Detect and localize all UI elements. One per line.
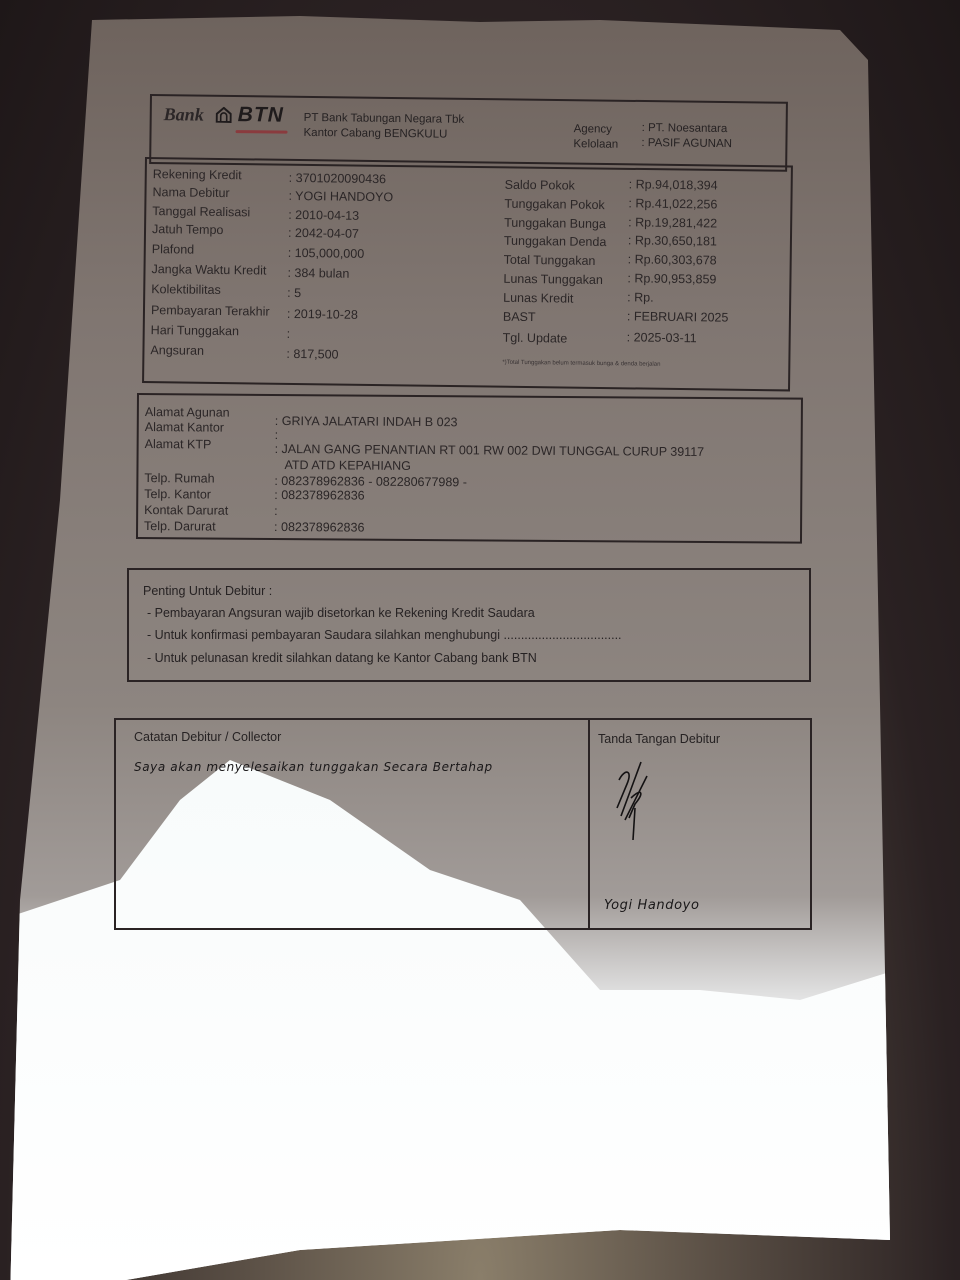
field-label: Jangka Waktu Kredit bbox=[151, 262, 266, 278]
logo-bank-text: Bank bbox=[164, 104, 204, 125]
field-label: Alamat Kantor bbox=[145, 420, 224, 435]
field-value: : bbox=[275, 428, 279, 442]
credit-info-box: Rekening Kredit: 3701020090436Nama Debit… bbox=[142, 157, 793, 391]
field-value: : Rp.19,281,422 bbox=[628, 215, 717, 230]
notice-box: Penting Untuk Debitur : - Pembayaran Ang… bbox=[127, 568, 811, 682]
field-value: : Rp.90,953,859 bbox=[627, 271, 716, 286]
field-value: : 082378962836 - 082280677989 - bbox=[274, 474, 467, 489]
field-label: Lunas Kredit bbox=[503, 291, 573, 306]
company-name: PT Bank Tabungan Negara Tbk bbox=[304, 112, 465, 126]
branch-name: Kantor Cabang BENGKULU bbox=[303, 127, 447, 141]
field-label: Tunggakan Bunga bbox=[504, 216, 606, 231]
field-value: : FEBRUARI 2025 bbox=[627, 309, 729, 324]
field-label: Telp. Darurat bbox=[144, 519, 216, 533]
agency-value: : PT. Noesantara bbox=[642, 122, 728, 135]
field-value: : GRIYA JALATARI INDAH B 023 bbox=[275, 414, 458, 429]
field-value: : 817,500 bbox=[286, 347, 338, 362]
field-label: Nama Debitur bbox=[152, 185, 229, 200]
document: Bank BTN PT Bank Tabungan Negara Tbk Kan… bbox=[0, 0, 960, 1280]
logo-underline bbox=[236, 130, 288, 134]
column-divider bbox=[588, 720, 590, 928]
field-value: : bbox=[287, 327, 291, 341]
field-value: : Rp.41,022,256 bbox=[628, 196, 717, 211]
field-label: Telp. Rumah bbox=[144, 471, 214, 485]
kelolaan-label: Kelolaan bbox=[573, 138, 618, 151]
agency-label: Agency bbox=[574, 123, 613, 135]
field-label: Jatuh Tempo bbox=[152, 222, 224, 237]
field-value: : 2025-03-11 bbox=[627, 330, 697, 345]
field-value: : Rp. bbox=[627, 290, 654, 304]
signature-name: Yogi Handoyo bbox=[604, 898, 700, 913]
field-label: Plafond bbox=[152, 242, 195, 257]
field-value: : Rp.30,650,181 bbox=[628, 233, 717, 248]
field-label: Saldo Pokok bbox=[505, 178, 575, 193]
field-value: : 082378962836 bbox=[274, 520, 364, 535]
field-label: Pembayaran Terakhir bbox=[151, 303, 270, 319]
field-value: : 3701020090436 bbox=[289, 171, 387, 186]
notice-title: Penting Untuk Debitur : bbox=[143, 584, 272, 598]
signature-scribble-icon bbox=[611, 758, 661, 843]
field-value: : 105,000,000 bbox=[288, 246, 365, 261]
field-value: : 2019-10-28 bbox=[287, 307, 358, 322]
field-label: Lunas Tunggakan bbox=[503, 272, 603, 287]
field-label: Tunggakan Denda bbox=[504, 234, 607, 249]
field-value: : Rp.94,018,394 bbox=[629, 177, 718, 192]
field-value: : 5 bbox=[287, 286, 301, 300]
field-value: ATD ATD KEPAHIANG bbox=[284, 458, 411, 473]
field-label: Angsuran bbox=[150, 343, 204, 358]
notes-title: Catatan Debitur / Collector bbox=[134, 730, 281, 744]
logo-btn-text: BTN bbox=[238, 103, 284, 128]
address-box: Alamat Agunan: GRIYA JALATARI INDAH B 02… bbox=[136, 393, 803, 544]
field-label: Kontak Darurat bbox=[144, 503, 228, 518]
field-label: Kolektibilitas bbox=[151, 282, 221, 297]
field-label: Alamat KTP bbox=[145, 437, 212, 451]
notice-item: - Pembayaran Angsuran wajib disetorkan k… bbox=[147, 606, 535, 620]
field-value: : 384 bulan bbox=[287, 266, 349, 281]
notes-signature-box: Catatan Debitur / Collector Saya akan me… bbox=[114, 718, 812, 930]
field-value: : YOGI HANDOYO bbox=[288, 189, 393, 204]
kelolaan-value: : PASIF AGUNAN bbox=[641, 137, 732, 150]
field-label: Rekening Kredit bbox=[153, 167, 242, 182]
house-logo-icon bbox=[216, 107, 232, 123]
signature-title: Tanda Tangan Debitur bbox=[598, 732, 720, 746]
field-label: Total Tunggakan bbox=[504, 253, 596, 268]
field-value: : JALAN GANG PENANTIAN RT 001 RW 002 DWI… bbox=[275, 442, 705, 459]
field-label: Tanggal Realisasi bbox=[152, 204, 250, 219]
field-label: BAST bbox=[503, 310, 536, 324]
field-label: Alamat Agunan bbox=[145, 405, 230, 420]
field-value: : 082378962836 bbox=[274, 488, 364, 503]
field-label: Hari Tunggakan bbox=[151, 323, 239, 338]
notice-item: - Untuk konfirmasi pembayaran Saudara si… bbox=[147, 628, 622, 642]
field-value: : bbox=[274, 504, 278, 518]
field-label: Tunggakan Pokok bbox=[504, 197, 604, 212]
footnote: *)Total Tunggakan belum termasuk bunga &… bbox=[502, 360, 660, 368]
field-label: Telp. Kantor bbox=[144, 487, 211, 501]
address-rows: Alamat Agunan: GRIYA JALATARI INDAH B 02… bbox=[139, 395, 801, 400]
field-value: : 2010-04-13 bbox=[288, 208, 359, 223]
notice-item: - Untuk pelunasan kredit silahkan datang… bbox=[147, 651, 537, 665]
field-value: : Rp.60,303,678 bbox=[628, 252, 717, 267]
field-label: Tgl. Update bbox=[503, 331, 568, 346]
handwritten-note: Saya akan menyelesaikan tunggakan Secara… bbox=[134, 760, 493, 774]
field-value: : 2042-04-07 bbox=[288, 226, 359, 241]
